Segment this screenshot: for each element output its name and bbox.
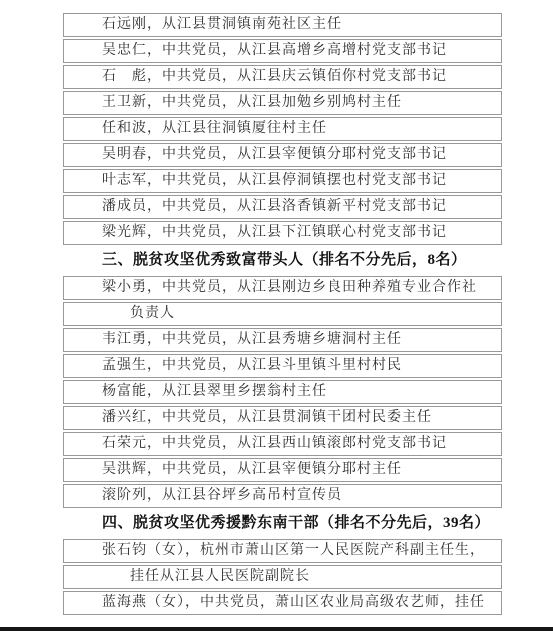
awards-table-section-2: 石远刚，从江县贯洞镇南苑社区主任 吴忠仁，中共党员，从江县高增乡高增村党支部书记…: [63, 13, 502, 245]
document-content: 石远刚，从江县贯洞镇南苑社区主任 吴忠仁，中共党员，从江县高增乡高增村党支部书记…: [63, 13, 502, 617]
table-row-continuation: 挂任从江县人民医院副院长: [63, 565, 502, 589]
table-row: 吴忠仁，中共党员，从江县高增乡高增村党支部书记: [63, 39, 502, 63]
section-heading-3: 三、脱贫攻坚优秀致富带头人（排名不分先后，8名）: [63, 247, 502, 273]
table-row: 蓝海燕（女），中共党员，萧山区农业局高级农艺师，挂任: [63, 591, 502, 615]
table-row: 杨富能，从江县翠里乡摆翁村主任: [63, 380, 502, 404]
table-row: 石荣元，中共党员，从江县西山镇滚郎村党支部书记: [63, 432, 502, 456]
table-row: 任和波，从江县往洞镇厦往村主任: [63, 117, 502, 141]
section-heading-4: 四、脱贫攻坚优秀援黔东南干部（排名不分先后，39名）: [63, 510, 502, 536]
table-row: 潘成员，中共党员，从江县洛香镇新平村党支部书记: [63, 195, 502, 219]
bottom-divider-bar: [0, 627, 553, 631]
table-row: 韦江勇，中共党员，从江县秀塘乡塘洞村主任: [63, 328, 502, 352]
awards-table-section-4: 张石钧（女），杭州市萧山区第一人民医院产科副主任生， 挂任从江县人民医院副院长 …: [63, 539, 502, 615]
table-row: 石远刚，从江县贯洞镇南苑社区主任: [63, 13, 502, 37]
table-row: 叶志军，中共党员，从江县停洞镇摆也村党支部书记: [63, 169, 502, 193]
table-row-continuation: 负责人: [63, 302, 502, 326]
table-row: 孟强生，中共党员，从江县斗里镇斗里村村民: [63, 354, 502, 378]
table-row: 吴洪辉，中共党员，从江县宰便镇分耶村主任: [63, 458, 502, 482]
table-row: 梁小勇，中共党员，从江县刚边乡良田种养殖专业合作社: [63, 276, 502, 300]
table-row: 石 彪，中共党员，从江县庆云镇佰你村党支部书记: [63, 65, 502, 89]
table-row: 滚阶列，从江县谷坪乡高吊村宣传员: [63, 484, 502, 508]
table-row: 梁光辉，中共党员，从江县下江镇联心村党支部书记: [63, 221, 502, 245]
table-row: 潘兴红，中共党员，从江县贯洞镇干团村民委主任: [63, 406, 502, 430]
table-row: 张石钧（女），杭州市萧山区第一人民医院产科副主任生，: [63, 539, 502, 563]
awards-table-section-3: 梁小勇，中共党员，从江县刚边乡良田种养殖专业合作社 负责人 韦江勇，中共党员，从…: [63, 276, 502, 508]
table-row: 王卫新，中共党员，从江县加勉乡别鸠村主任: [63, 91, 502, 115]
document-page: 石远刚，从江县贯洞镇南苑社区主任 吴忠仁，中共党员，从江县高增乡高增村党支部书记…: [0, 0, 553, 634]
table-row: 吴明春，中共党员，从江县宰便镇分耶村党支部书记: [63, 143, 502, 167]
